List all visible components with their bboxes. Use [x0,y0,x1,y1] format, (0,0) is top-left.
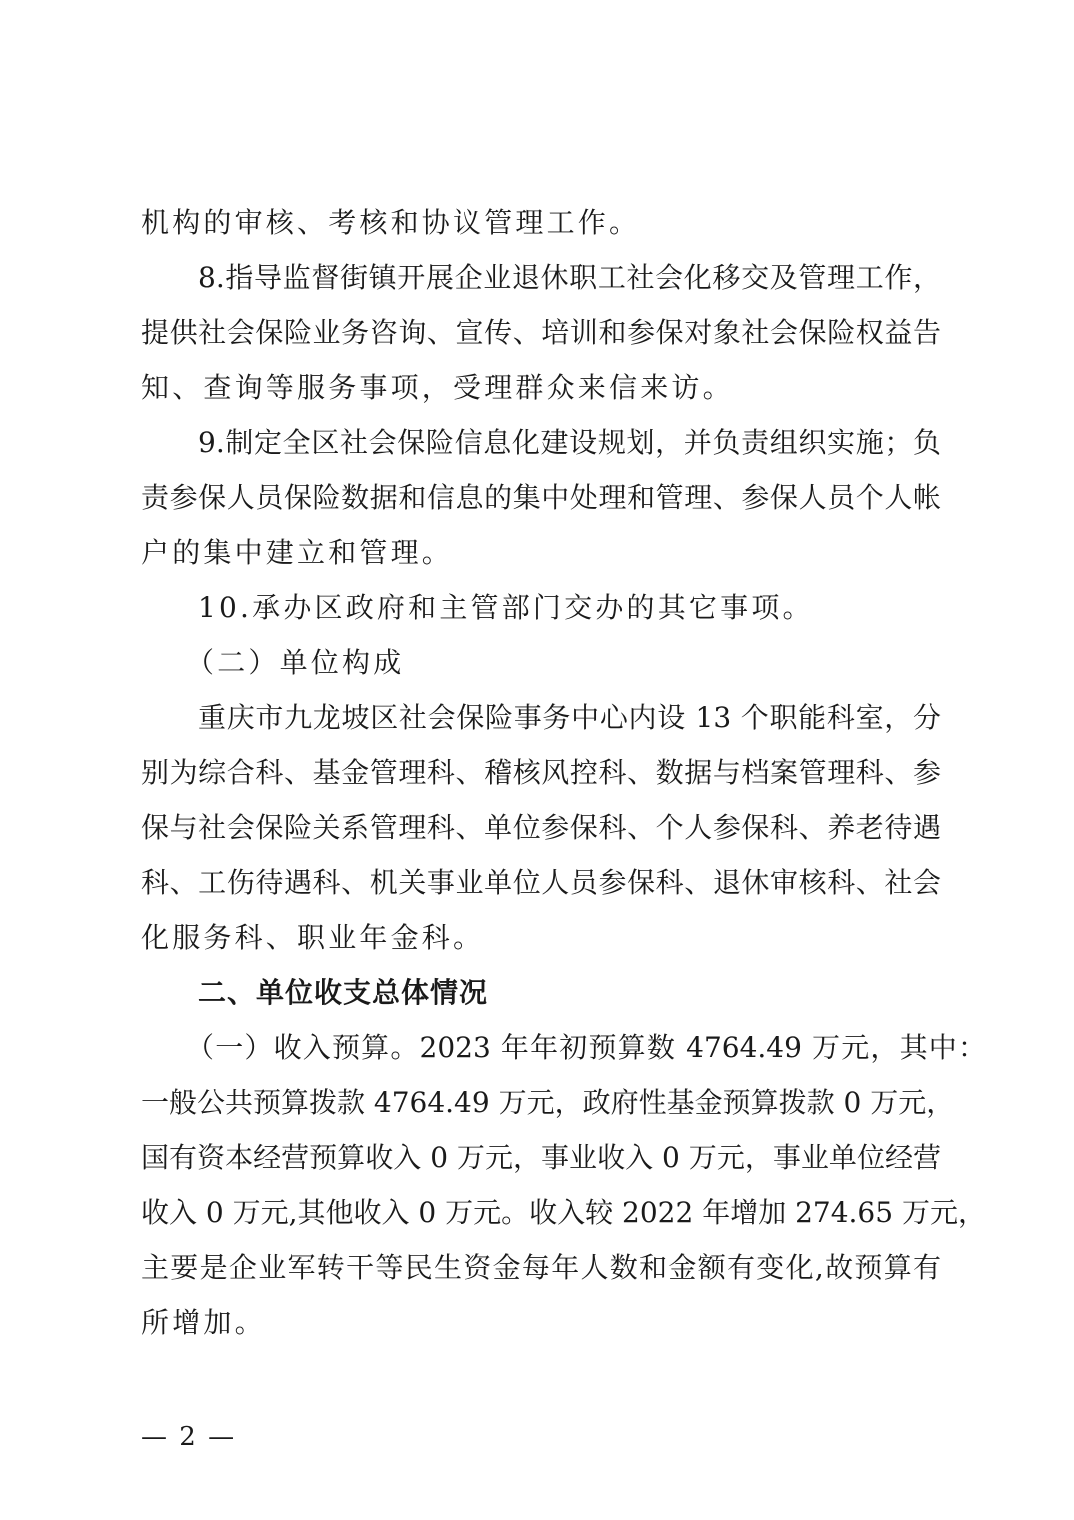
text-line: 责参保人员保险数据和信息的集中处理和管理、参保人员个人帐 [141,478,941,518]
text-line: （二）单位构成 [186,643,986,683]
text-line: 国有资本经营预算收入 0 万元，事业收入 0 万元，事业单位经营 [141,1138,941,1178]
text-line: 主要是企业军转干等民生资金每年人数和金额有变化,故预算有 [141,1248,941,1288]
text-line: 化服务科、职业年金科。 [141,918,941,958]
section-heading: 二、单位收支总体情况 [198,973,941,1013]
text-line: 所增加。 [141,1303,941,1343]
text-line: 户的集中建立和管理。 [141,533,941,573]
text-line: 别为综合科、基金管理科、稽核风控科、数据与档案管理科、参 [141,753,941,793]
text-line: 提供社会保险业务咨询、宣传、培训和参保对象社会保险权益告 [141,313,941,353]
text-line: 科、工伤待遇科、机关事业单位人员参保科、退休审核科、社会 [141,863,941,903]
text-line: 机构的审核、考核和协议管理工作。 [141,203,941,243]
text-line: 收入 0 万元,其他收入 0 万元。收入较 2022 年增加 274.65 万元… [141,1193,941,1233]
text-line: 保与社会保险关系管理科、单位参保科、个人参保科、养老待遇 [141,808,941,848]
text-line: 9.制定全区社会保险信息化建设规划，并负责组织实施；负 [198,423,941,463]
page-number: — 2 — [141,1420,236,1454]
text-line: 知、查询等服务事项，受理群众来信来访。 [141,368,941,408]
text-line: 10.承办区政府和主管部门交办的其它事项。 [198,588,941,628]
text-line: 重庆市九龙坡区社会保险事务中心内设 13 个职能科室，分 [198,698,941,738]
text-line: 一般公共预算拨款 4764.49 万元，政府性基金预算拨款 0 万元， [141,1083,941,1123]
text-line: 8.指导监督街镇开展企业退休职工社会化移交及管理工作， [198,258,941,298]
text-line: （一）收入预算。2023 年年初预算数 4764.49 万元，其中： [186,1028,986,1068]
